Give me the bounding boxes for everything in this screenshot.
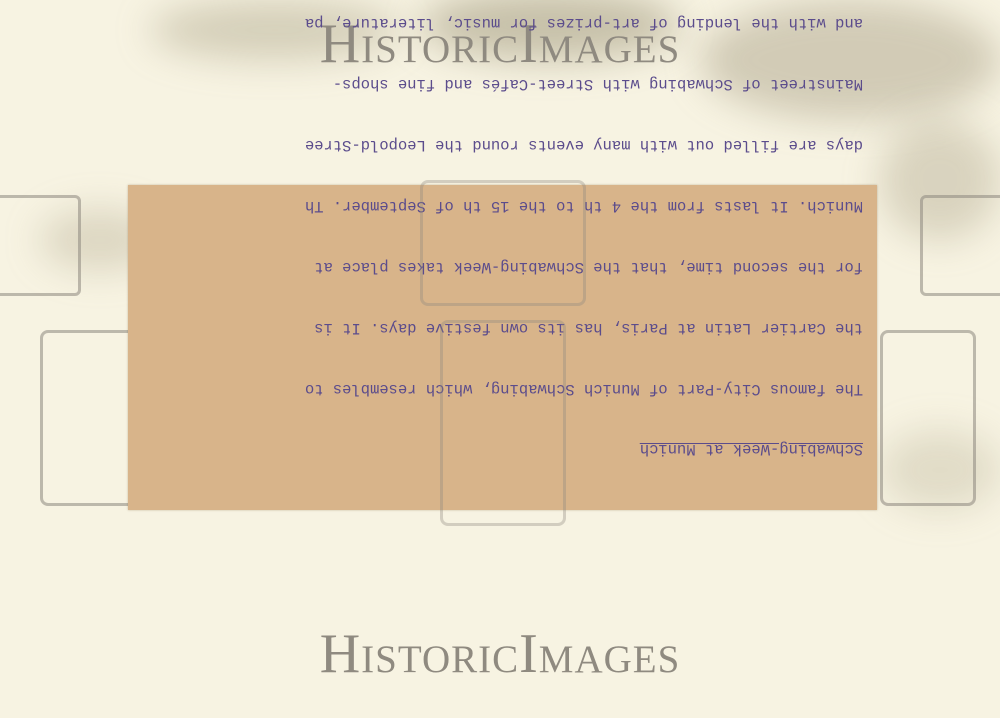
column-watermark-icon-left bbox=[40, 330, 136, 506]
watermark-bottom: HistoricImages bbox=[0, 622, 1000, 686]
camera-watermark-icon-left bbox=[0, 195, 81, 296]
column-watermark-icon-right bbox=[880, 330, 976, 506]
column-watermark-icon-center bbox=[440, 320, 566, 526]
caption-line: days are filled out with many events rou… bbox=[138, 135, 863, 155]
camera-watermark-icon-right bbox=[920, 195, 1000, 296]
camera-watermark-icon-center bbox=[420, 180, 586, 306]
caption-line: and with the lending of art-prizes for m… bbox=[138, 13, 863, 33]
caption-line: Mainstreet of Schwabing with Street-Café… bbox=[138, 74, 863, 94]
